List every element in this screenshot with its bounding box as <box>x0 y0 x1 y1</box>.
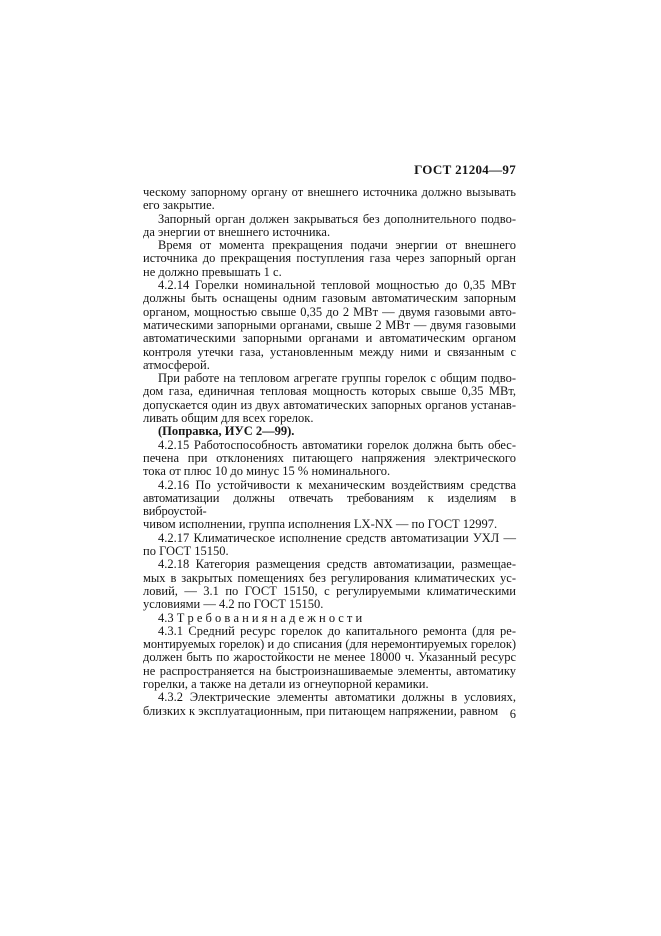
text-line: 4.2.15 Работоспособность автоматики горе… <box>143 439 516 452</box>
text-line: ловий, — 3.1 по ГОСТ 15150, с регулируем… <box>143 585 516 598</box>
paragraph: 4.3 Т р е б о в а н и я н а д е ж н о с … <box>143 612 516 625</box>
text-line: печена при отклонениях питающего напряже… <box>143 452 516 465</box>
text-line: 4.3 Т р е б о в а н и я н а д е ж н о с … <box>143 612 516 625</box>
paragraph: 4.3.1 Средний ресурс горелок до капиталь… <box>143 625 516 691</box>
text-line: ливать общим для всех горелок. <box>143 412 516 425</box>
paragraph: 4.2.16 По устойчивости к механическим во… <box>143 479 516 532</box>
paragraph: Время от момента прекращения подачи энер… <box>143 239 516 279</box>
text-line: чивом исполнении, группа исполнения LX-N… <box>143 518 516 531</box>
text-line: 4.2.14 Горелки номинальной тепловой мощн… <box>143 279 516 292</box>
paragraph: 4.2.17 Климатическое исполнение средств … <box>143 532 516 559</box>
paragraph: При работе на тепловом агрегате группы г… <box>143 372 516 425</box>
document-page: ГОСТ 21204—97 ческому запорному органу о… <box>0 0 661 936</box>
paragraph: ческому запорному органу от внешнего ист… <box>143 186 516 213</box>
text-line: условиями — 4.2 по ГОСТ 15150. <box>143 598 516 611</box>
page-number: 6 <box>143 707 516 722</box>
paragraph: 4.2.15 Работоспособность автоматики горе… <box>143 439 516 479</box>
text-line: да энергии от внешнего источника. <box>143 226 516 239</box>
text-line: должны быть оснащены одним газовым автом… <box>143 292 516 305</box>
text-line: горелки, а также на детали из огнеупорно… <box>143 678 516 691</box>
text-line: 4.2.16 По устойчивости к механическим во… <box>143 479 516 492</box>
text-line: атмосферой. <box>143 359 516 372</box>
text-line: его закрытие. <box>143 199 516 212</box>
text-line: При работе на тепловом агрегате группы г… <box>143 372 516 385</box>
paragraph: 4.2.18 Категория размещения средств авто… <box>143 558 516 611</box>
text-line: 4.3.2 Электрические элементы автоматики … <box>143 691 516 704</box>
text-line: 4.2.17 Климатическое исполнение средств … <box>143 532 516 545</box>
text-line: матическими запорными органами, свыше 2 … <box>143 319 516 332</box>
text-line: должен быть по жаростойкости не менее 18… <box>143 651 516 664</box>
text-line: монтируемых горелок) и до списания (для … <box>143 638 516 651</box>
paragraph: (Поправка, ИУС 2—99). <box>143 425 516 438</box>
paragraph: Запорный орган должен закрываться без до… <box>143 213 516 240</box>
text-line: 4.3.1 Средний ресурс горелок до капиталь… <box>143 625 516 638</box>
text-line: дом газа, единичная тепловая мощность ко… <box>143 385 516 398</box>
text-line: автоматическими запорными органами и авт… <box>143 332 516 345</box>
text-line: Время от момента прекращения подачи энер… <box>143 239 516 252</box>
standard-number-header: ГОСТ 21204—97 <box>143 162 516 178</box>
text-line: допускается один из двух автоматических … <box>143 399 516 412</box>
text-line: органом, мощностью свыше 0,35 до 2 МВт —… <box>143 306 516 319</box>
text-line: контроля утечки газа, установленным межд… <box>143 346 516 359</box>
text-line: 4.2.18 Категория размещения средств авто… <box>143 558 516 571</box>
document-body: ческому запорному органу от внешнего ист… <box>143 186 516 718</box>
text-line: не распространяется на быстроизнашиваемы… <box>143 665 516 678</box>
text-line: по ГОСТ 15150. <box>143 545 516 558</box>
text-line: автоматизации должны отвечать требования… <box>143 492 516 519</box>
text-line: ческому запорному органу от внешнего ист… <box>143 186 516 199</box>
text-line: не должно превышать 1 с. <box>143 266 516 279</box>
text-line: (Поправка, ИУС 2—99). <box>143 425 516 438</box>
text-line: источника до прекращения поступления газ… <box>143 252 516 265</box>
text-line: тока от плюс 10 до минус 15 % номинально… <box>143 465 516 478</box>
text-line: Запорный орган должен закрываться без до… <box>143 213 516 226</box>
text-line: мых в закрытых помещениях без регулирова… <box>143 572 516 585</box>
paragraph: 4.2.14 Горелки номинальной тепловой мощн… <box>143 279 516 372</box>
